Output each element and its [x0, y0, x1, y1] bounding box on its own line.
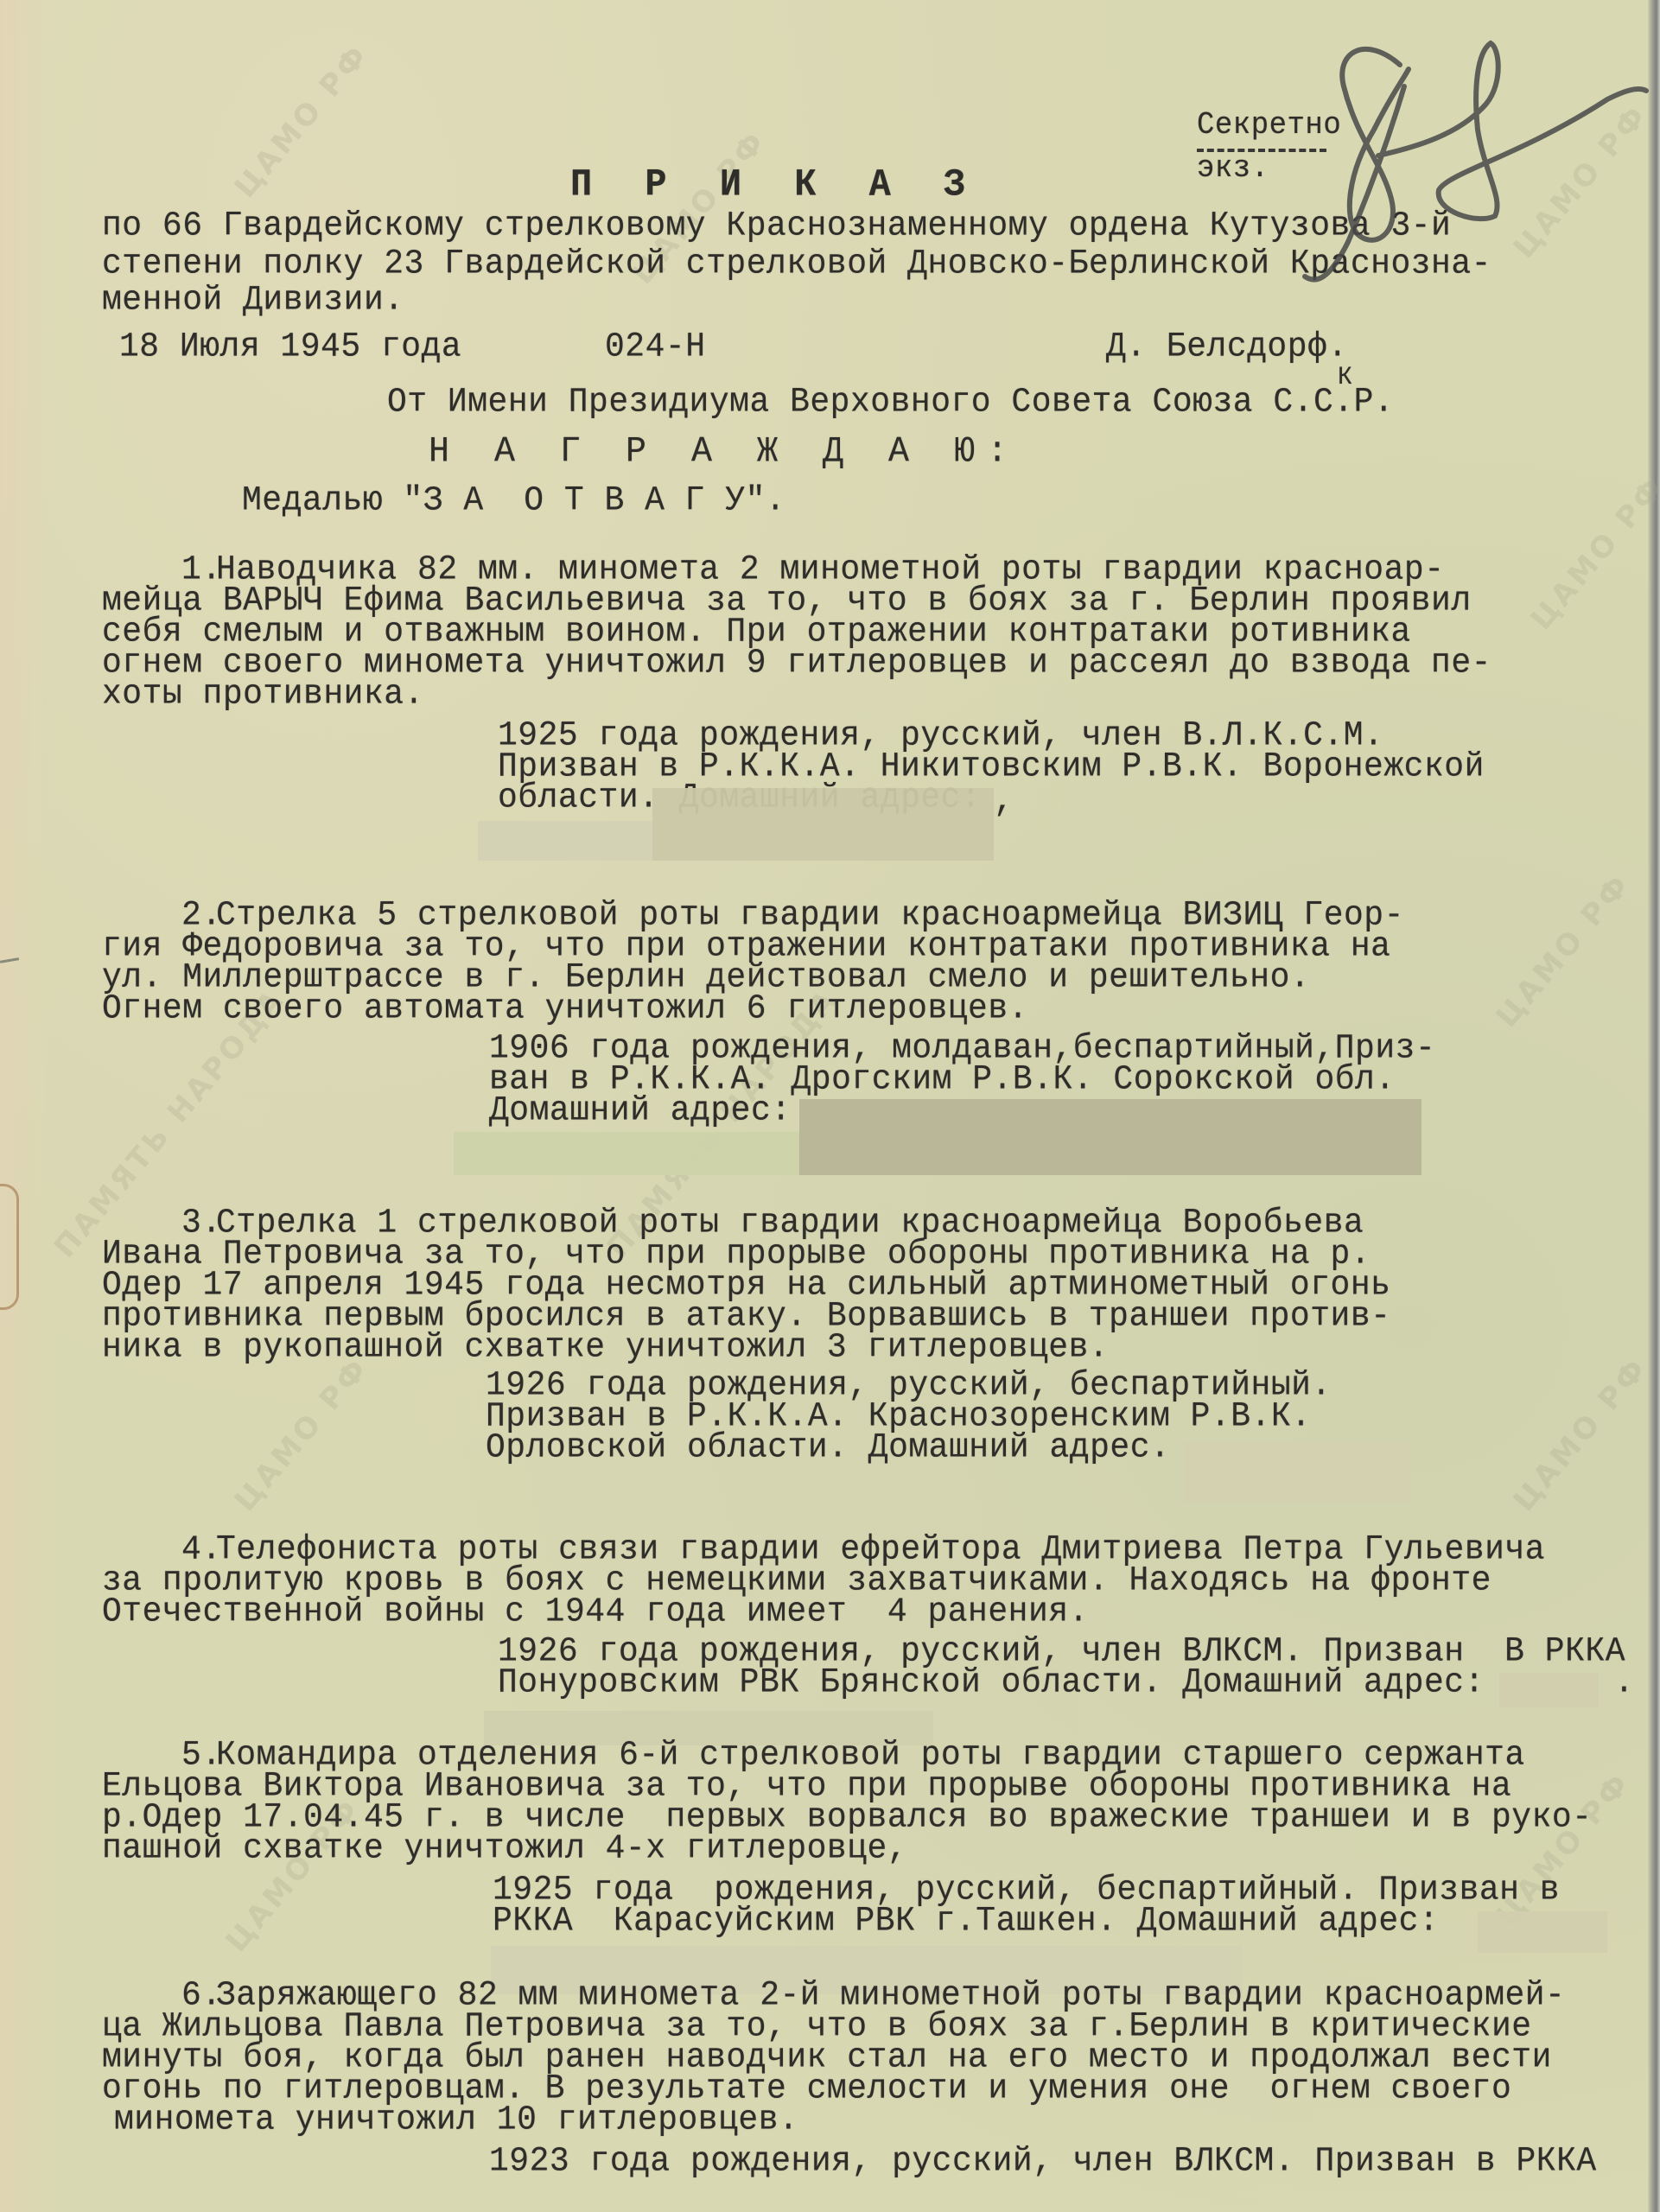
citation-line: пашной схватке уничтожил 4-х гитлеровце, — [102, 1834, 907, 1865]
header-line: менной Дивизии. — [102, 285, 404, 316]
redacted-address — [454, 1132, 799, 1175]
address-period: . — [1614, 1668, 1634, 1699]
order-date: 18 Июля 1945 года — [119, 332, 461, 363]
document-title: П Р И К А З — [570, 169, 981, 200]
redacted-address — [1499, 1673, 1599, 1707]
citation-line: Огнем своего автомата уничтожил 6 гитлер… — [102, 994, 1028, 1025]
authority-line: От Имени Президиума Верховного Совета Со… — [387, 387, 1394, 418]
citation-line: ника в рукопашной схватке уничтожил 3 ги… — [102, 1332, 1109, 1363]
citation-line: миномета уничтожил 10 гитлеровцев. — [114, 2105, 798, 2136]
order-place: Д. Белсдорф. — [1106, 332, 1348, 363]
medal-line: Медалью "З А О Т В А Г У". — [242, 486, 785, 517]
order-number: 024-Н — [605, 332, 706, 363]
paper-edge-stain — [0, 0, 52, 2212]
details-line: 1923 года рождения, русский, член ВЛКСМ.… — [489, 2146, 1597, 2177]
details-line: РККА Карасуйским РВК г.Ташкен. Домашний … — [493, 1906, 1439, 1937]
redacted-address — [652, 788, 994, 861]
address-comma: , — [994, 786, 1014, 817]
citation-line: хоты противника. — [102, 679, 424, 710]
redacted-address — [478, 821, 677, 861]
citation-line: Отечественной войны с 1944 года имеет 4 … — [102, 1597, 1089, 1628]
redacted-address — [1478, 1911, 1607, 1953]
page-right-edge — [1648, 0, 1660, 2212]
details-line: Понуровским РВК Брянской области. Домашн… — [498, 1668, 1485, 1699]
details-line: Домашний адрес: — [489, 1096, 792, 1127]
award-heading: Н А Г Р А Ж Д А Ю: — [429, 437, 1020, 468]
redacted-address — [799, 1099, 1421, 1175]
redacted-address — [1184, 1441, 1409, 1503]
binding-hole-mark — [0, 1184, 19, 1310]
header-line: степени полку 23 Гвардейской стрелковой … — [102, 249, 1491, 280]
details-line: Орловской области. Домашний адрес. — [486, 1433, 1170, 1464]
header-line: по 66 Гвардейскому стрелковому Краснозна… — [102, 211, 1451, 242]
copy-label: экз. — [1197, 154, 1269, 185]
classification-label: Секретно — [1197, 111, 1341, 142]
